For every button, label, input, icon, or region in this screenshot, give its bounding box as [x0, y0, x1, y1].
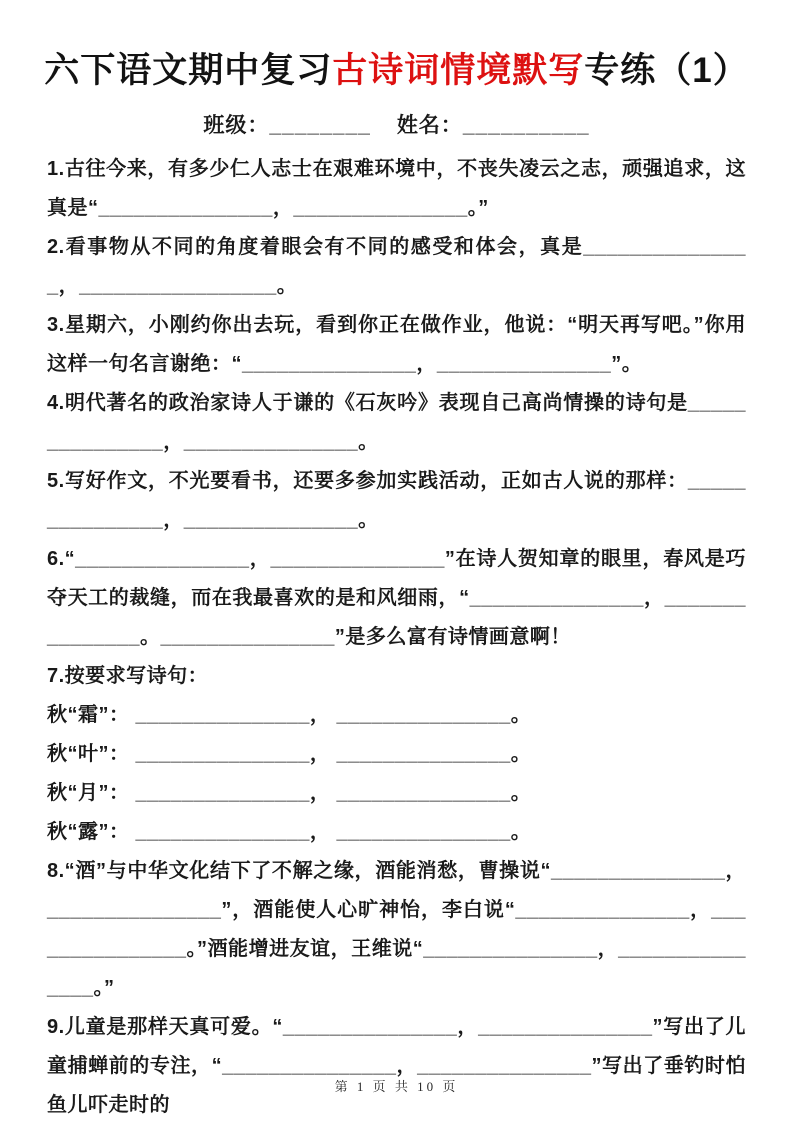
question-sub-item: 秋“霜”： _______________， _______________。: [47, 696, 746, 735]
question-text: 9.儿童是那样天真可爱。“_______________，___________…: [47, 1008, 746, 1121]
student-info-line: 班级：________姓名：__________: [0, 109, 793, 139]
question-text: 8.“酒”与中华文化结下了不解之缘，酒能消愁，曹操说“_____________…: [47, 852, 746, 1008]
question-text: 4.明代著名的政治家诗人于谦的《石灰吟》表现自己高尚情操的诗句是________…: [47, 384, 746, 462]
questions: 1.古往今来，有多少仁人志士在艰难环境中，不丧失凌云之志，顽强追求，这真是“__…: [0, 139, 793, 1121]
title-highlight: 古诗词情境默写: [332, 51, 584, 90]
worksheet-page: 六下语文期中复习古诗词情境默写专练（1） 班级：________姓名：_____…: [0, 0, 793, 1121]
class-blank: ________: [269, 114, 370, 137]
question-sub-item: 秋“月”： _______________， _______________。: [47, 774, 746, 813]
title-part2: 专练（1）: [584, 51, 748, 90]
question-text: 3.星期六，小刚约你出去玩，看到你正在做作业，他说：“明天再写吧。”你用这样一句…: [47, 306, 746, 384]
title-part1: 六下语文期中复习: [44, 51, 332, 90]
class-label: 班级：: [203, 114, 269, 137]
question-text: 7.按要求写诗句：: [47, 657, 746, 696]
question-sub-item: 秋“露”： _______________， _______________。: [47, 813, 746, 852]
name-label: 姓名：: [397, 114, 463, 137]
question-text: 5.写好作文，不光要看书，还要多参加实践活动，正如古人说的那样：________…: [47, 462, 746, 540]
question-text: 2.看事物从不同的角度着眼会有不同的感受和体会，真是______________…: [47, 228, 746, 306]
page-footer: 第 1 页 共 10 页: [0, 1076, 793, 1095]
name-blank: __________: [463, 114, 590, 137]
question-text: 1.古往今来，有多少仁人志士在艰难环境中，不丧失凌云之志，顽强追求，这真是“__…: [47, 150, 746, 228]
question-sub-item: 秋“叶”： _______________， _______________。: [47, 735, 746, 774]
page-title: 六下语文期中复习古诗词情境默写专练（1）: [0, 0, 793, 93]
question-text: 6.“_______________，_______________”在诗人贺知…: [47, 540, 746, 657]
